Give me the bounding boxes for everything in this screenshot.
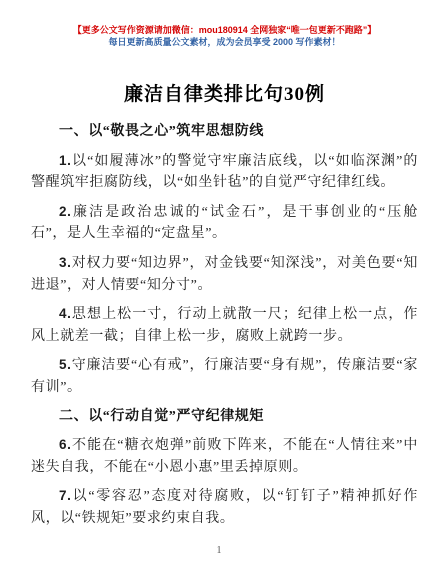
item-text: 守廉洁要“心有戒”，行廉洁要“身有规”，传廉洁要“家有训”。 [31,358,418,395]
item-text: 以“零容忍”态度对待腐败，以“钉钉子”精神抓好作风，以“铁规矩”要求约束自我。 [31,489,418,526]
item-number: 1. [59,153,71,168]
item-number: 2. [59,204,71,219]
item-number: 3. [59,255,71,270]
item-number: 7. [59,488,71,503]
item-text: 不能在“糖衣炮弹”前败下阵来，不能在“人情往来”中迷失自我，不能在“小恩小惠”里… [31,438,418,475]
document-page: 【更多公文写作资源请加微信：mou180914 全网独家“唯一包更新不跑路”】 … [0,0,448,580]
list-item-1: 1.以“如履薄冰”的警觉守牢廉洁底线，以“如临深渊”的警醒筑牢拒腐防线，以“如坐… [31,150,418,194]
section-heading-1: 一、以“敬畏之心”筑牢思想防线 [31,121,418,143]
page-number: 1 [0,545,438,556]
list-item-3: 3.对权力要“知边界”，对金钱要“知深浅”，对美色要“知进退”，对人情要“知分寸… [31,252,418,296]
item-number: 6. [59,437,71,452]
list-item-4: 4.思想上松一寸，行动上就散一尺；纪律上松一点，作风上就差一截；自律上松一步，腐… [31,303,418,347]
page-title: 廉洁自律类排比句30例 [31,82,418,108]
ad-header-line1: 【更多公文写作资源请加微信：mou180914 全网独家“唯一包更新不跑路”】 [31,24,418,36]
list-item-5: 5.守廉洁要“心有戒”，行廉洁要“身有规”，传廉洁要“家有训”。 [31,354,418,398]
ad-header: 【更多公文写作资源请加微信：mou180914 全网独家“唯一包更新不跑路”】 … [31,24,418,48]
item-text: 对权力要“知边界”，对金钱要“知深浅”，对美色要“知进退”，对人情要“知分寸”。 [31,256,418,293]
section-heading-2: 二、以“行动自觉”严守纪律规矩 [31,406,418,428]
item-number: 4. [59,306,71,321]
item-text: 廉洁是政治忠诚的“试金石”，是干事创业的“压舱石”，是人生幸福的“定盘星”。 [31,205,418,242]
list-item-7: 7.以“零容忍”态度对待腐败，以“钉钉子”精神抓好作风，以“铁规矩”要求约束自我… [31,485,418,529]
item-text: 思想上松一寸，行动上就散一尺；纪律上松一点，作风上就差一截；自律上松一步，腐败上… [31,307,418,344]
list-item-2: 2.廉洁是政治忠诚的“试金石”，是干事创业的“压舱石”，是人生幸福的“定盘星”。 [31,201,418,245]
item-text: 以“如履薄冰”的警觉守牢廉洁底线，以“如临深渊”的警醒筑牢拒腐防线，以“如坐针毡… [31,154,418,191]
item-number: 5. [59,357,71,372]
list-item-6: 6.不能在“糖衣炮弹”前败下阵来，不能在“人情往来”中迷失自我，不能在“小恩小惠… [31,434,418,478]
ad-header-line2: 每日更新高质量公文素材，成为会员享受 2000 写作素材！ [31,36,418,48]
